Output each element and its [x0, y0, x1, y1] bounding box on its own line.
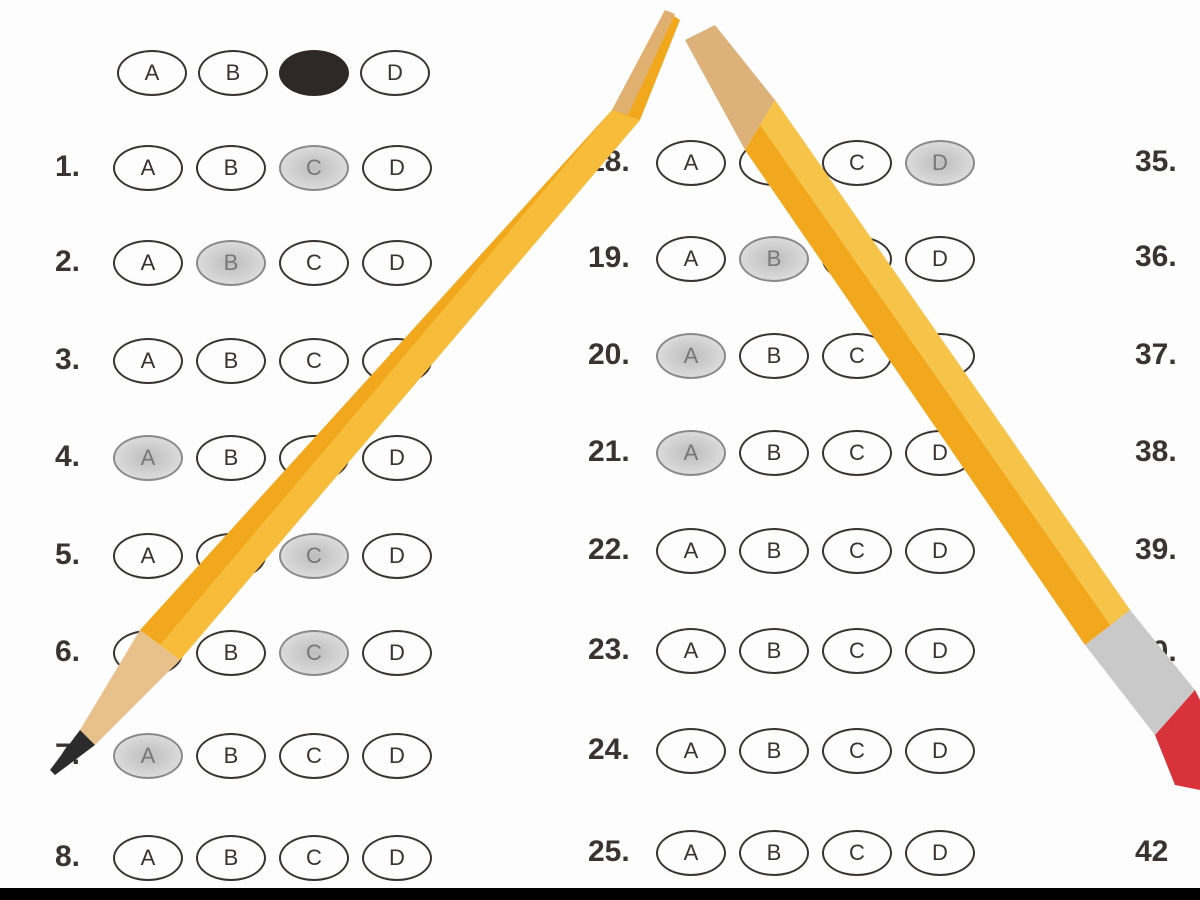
broken-pencil-icon	[0, 0, 1200, 888]
answer-sheet: ABD 1.ABCD2.ABCD3.ABCD4.ABCD5.ABCD6.ABCD…	[0, 0, 1200, 888]
pencil-right-half	[685, 25, 1200, 790]
pencil-left-half	[50, 10, 680, 775]
bottom-black-bar	[0, 888, 1200, 900]
